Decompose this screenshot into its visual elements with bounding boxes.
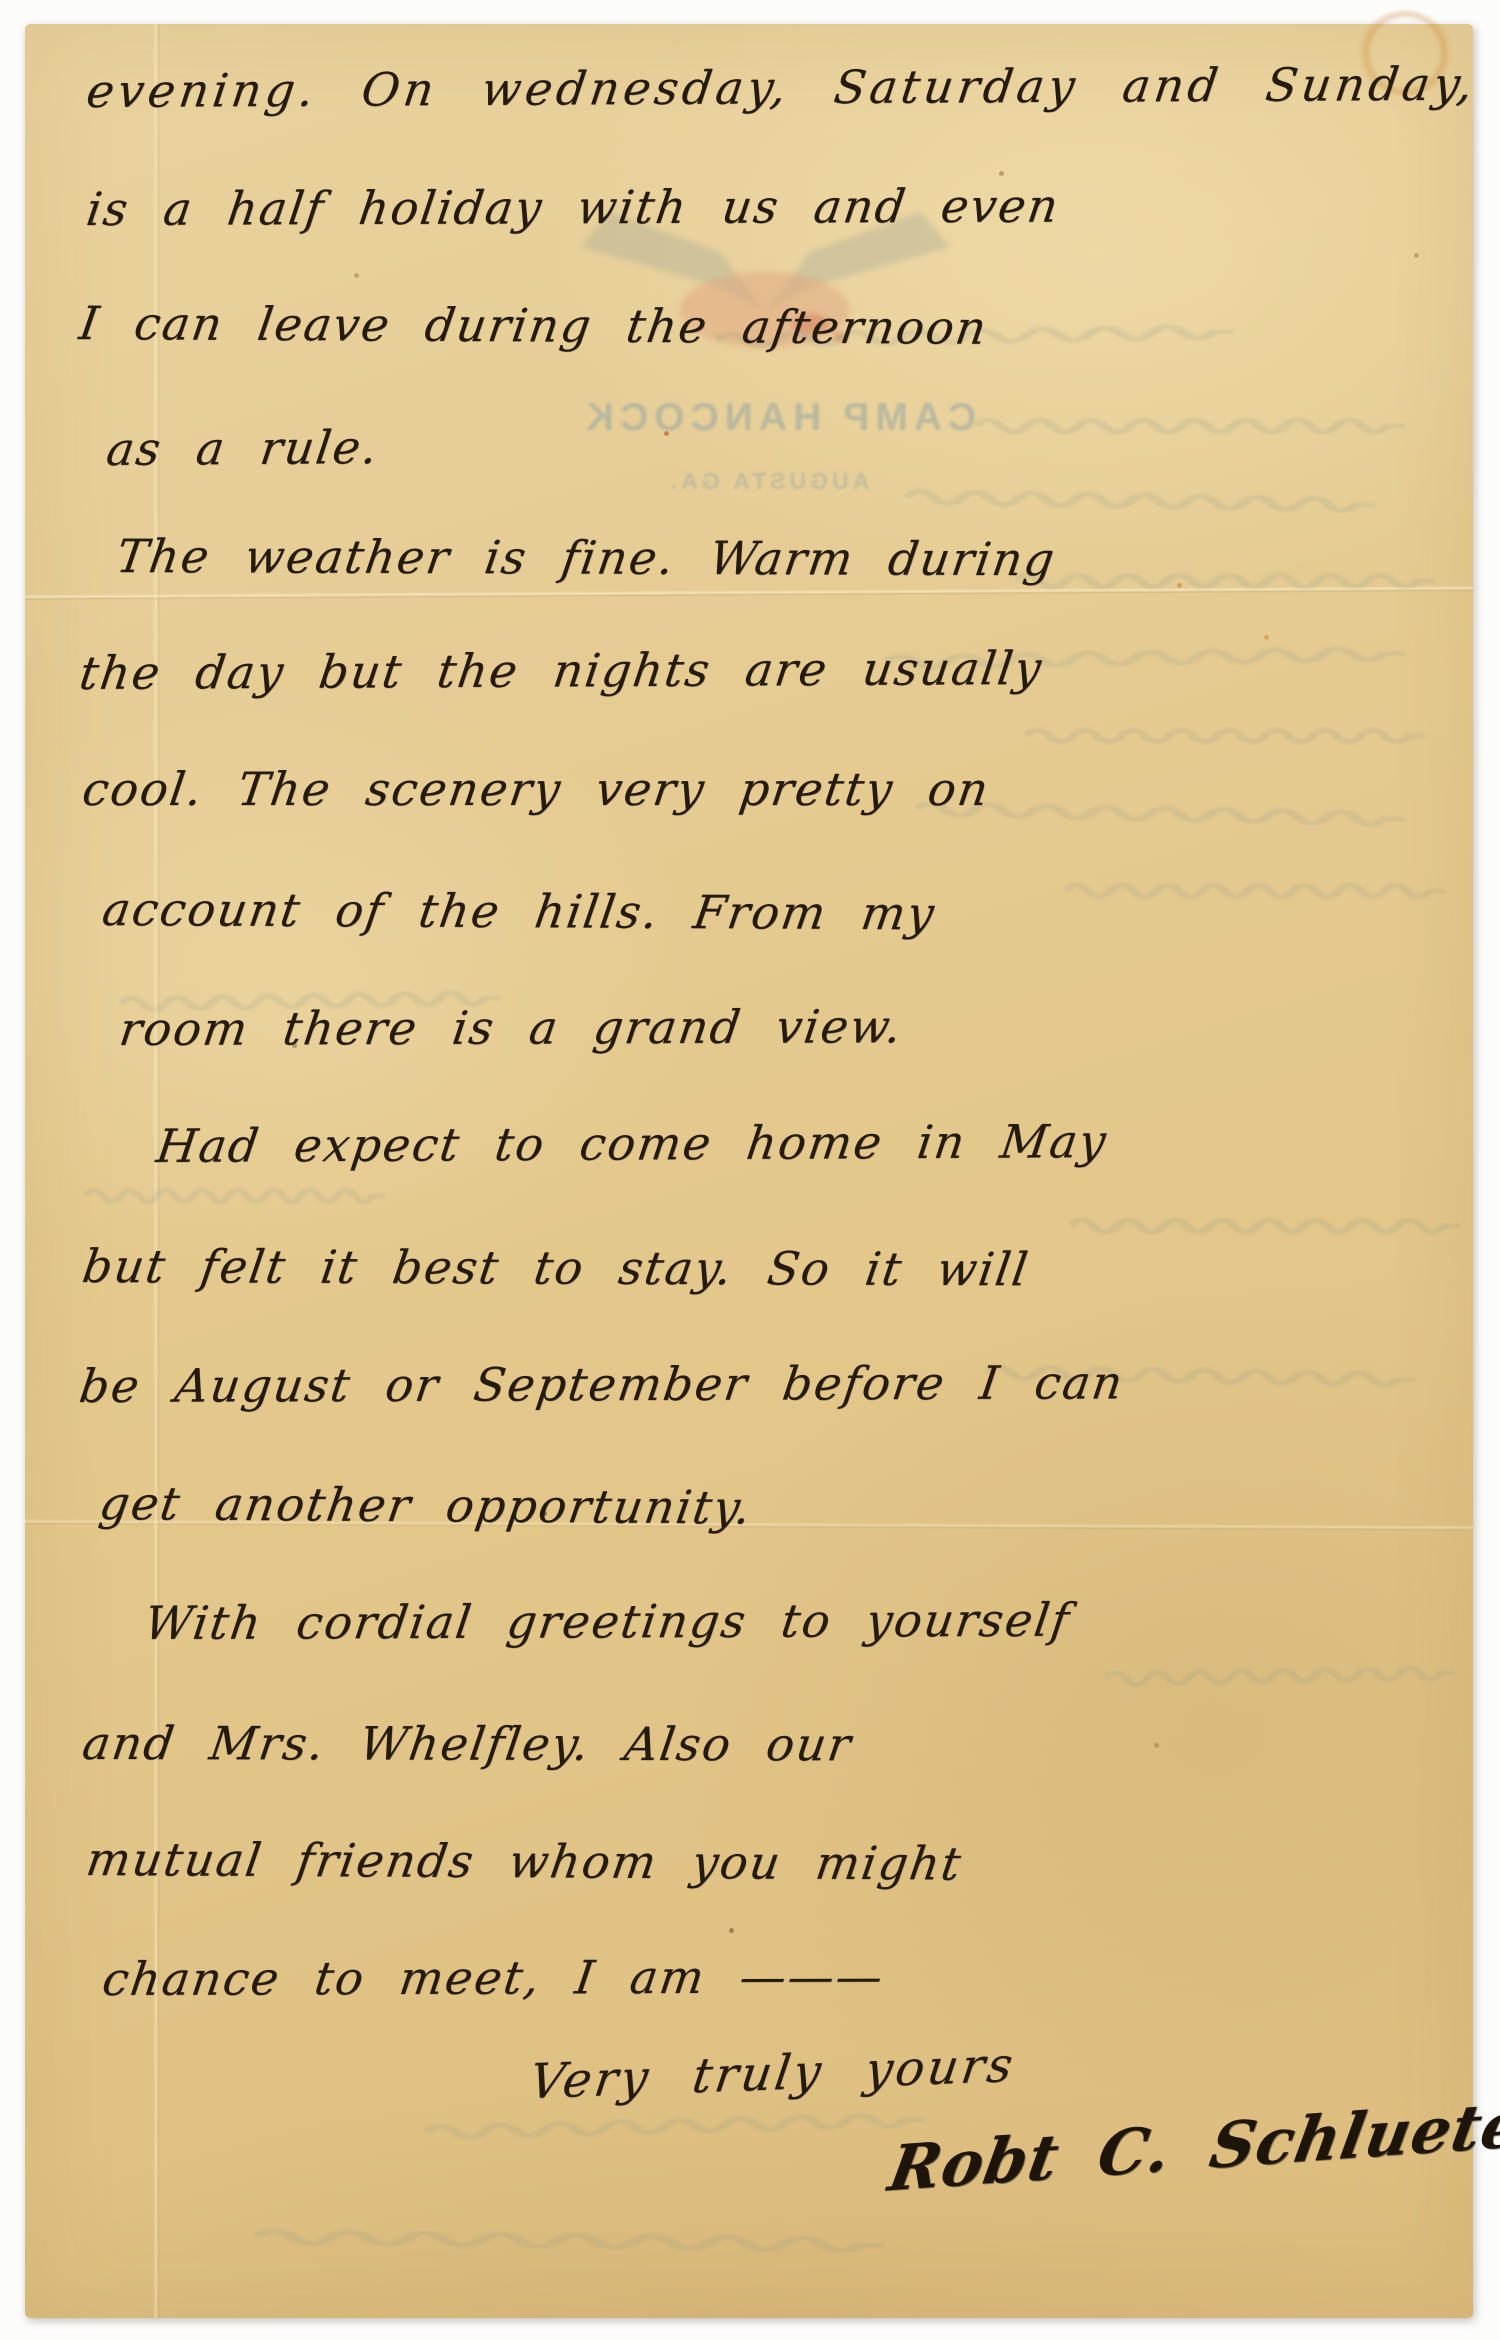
- letterhead-camp-hancock-bleedthrough: CAMP HANCOCK: [563, 396, 993, 440]
- ghost-writing: [975, 414, 1405, 438]
- closing-line: Very truly yours: [526, 2037, 1019, 2110]
- ghost-writing: [85, 1184, 385, 1208]
- handwriting-line: be August or September before I can: [76, 1355, 1127, 1413]
- handwriting-line: I can leave during the afternoon: [76, 296, 992, 355]
- letter-paper: CAMP HANCOCK AUGUSTA GA. evening. On wed…: [25, 24, 1473, 2318]
- handwriting-line: cool. The scenery very pretty on: [79, 762, 993, 816]
- handwriting-line: evening. On wednesday, Saturday and Sund…: [83, 57, 1480, 118]
- handwriting-line: the day but the nights are usually: [76, 641, 1046, 700]
- handwriting-line: mutual friends whom you might: [83, 1832, 966, 1891]
- ghost-writing: [915, 797, 1405, 831]
- handwriting-line: chance to meet, I am ———: [99, 1949, 888, 2006]
- scan-background: { "letter": { "paper_color": "#e5ca90", …: [0, 0, 1500, 2340]
- paper-specks: [25, 24, 28, 27]
- handwriting-line: The weather is fine. Warm during: [113, 529, 1059, 586]
- handwriting-line: With cordial greetings to yourself: [141, 1593, 1074, 1650]
- handwriting-line: and Mrs. Whelfley. Also our: [79, 1716, 856, 1771]
- handwriting-line: get another opportunity.: [96, 1476, 756, 1534]
- handwriting-line: but felt it best to stay. So it will: [79, 1239, 1033, 1296]
- ghost-writing: [255, 2225, 885, 2258]
- handwriting-line: Had expect to come home in May: [153, 1114, 1111, 1173]
- ghost-writing: [1015, 569, 1435, 593]
- ghost-writing: [425, 2107, 925, 2144]
- handwriting-line: as a rule.: [103, 420, 382, 476]
- handwriting-line: account of the hills. From my: [99, 882, 939, 940]
- ghost-writing: [905, 485, 1375, 517]
- ghost-writing: [1025, 724, 1425, 748]
- ghost-writing: [1065, 879, 1445, 903]
- handwriting-line: room there is a grand view.: [116, 999, 906, 1056]
- signature: Robt C. Schlueter: [883, 2085, 1500, 2206]
- handwriting-line: is a half holiday with us and even: [83, 179, 1063, 236]
- ghost-writing: [1070, 1214, 1460, 1238]
- ghost-writing: [1105, 1661, 1455, 1691]
